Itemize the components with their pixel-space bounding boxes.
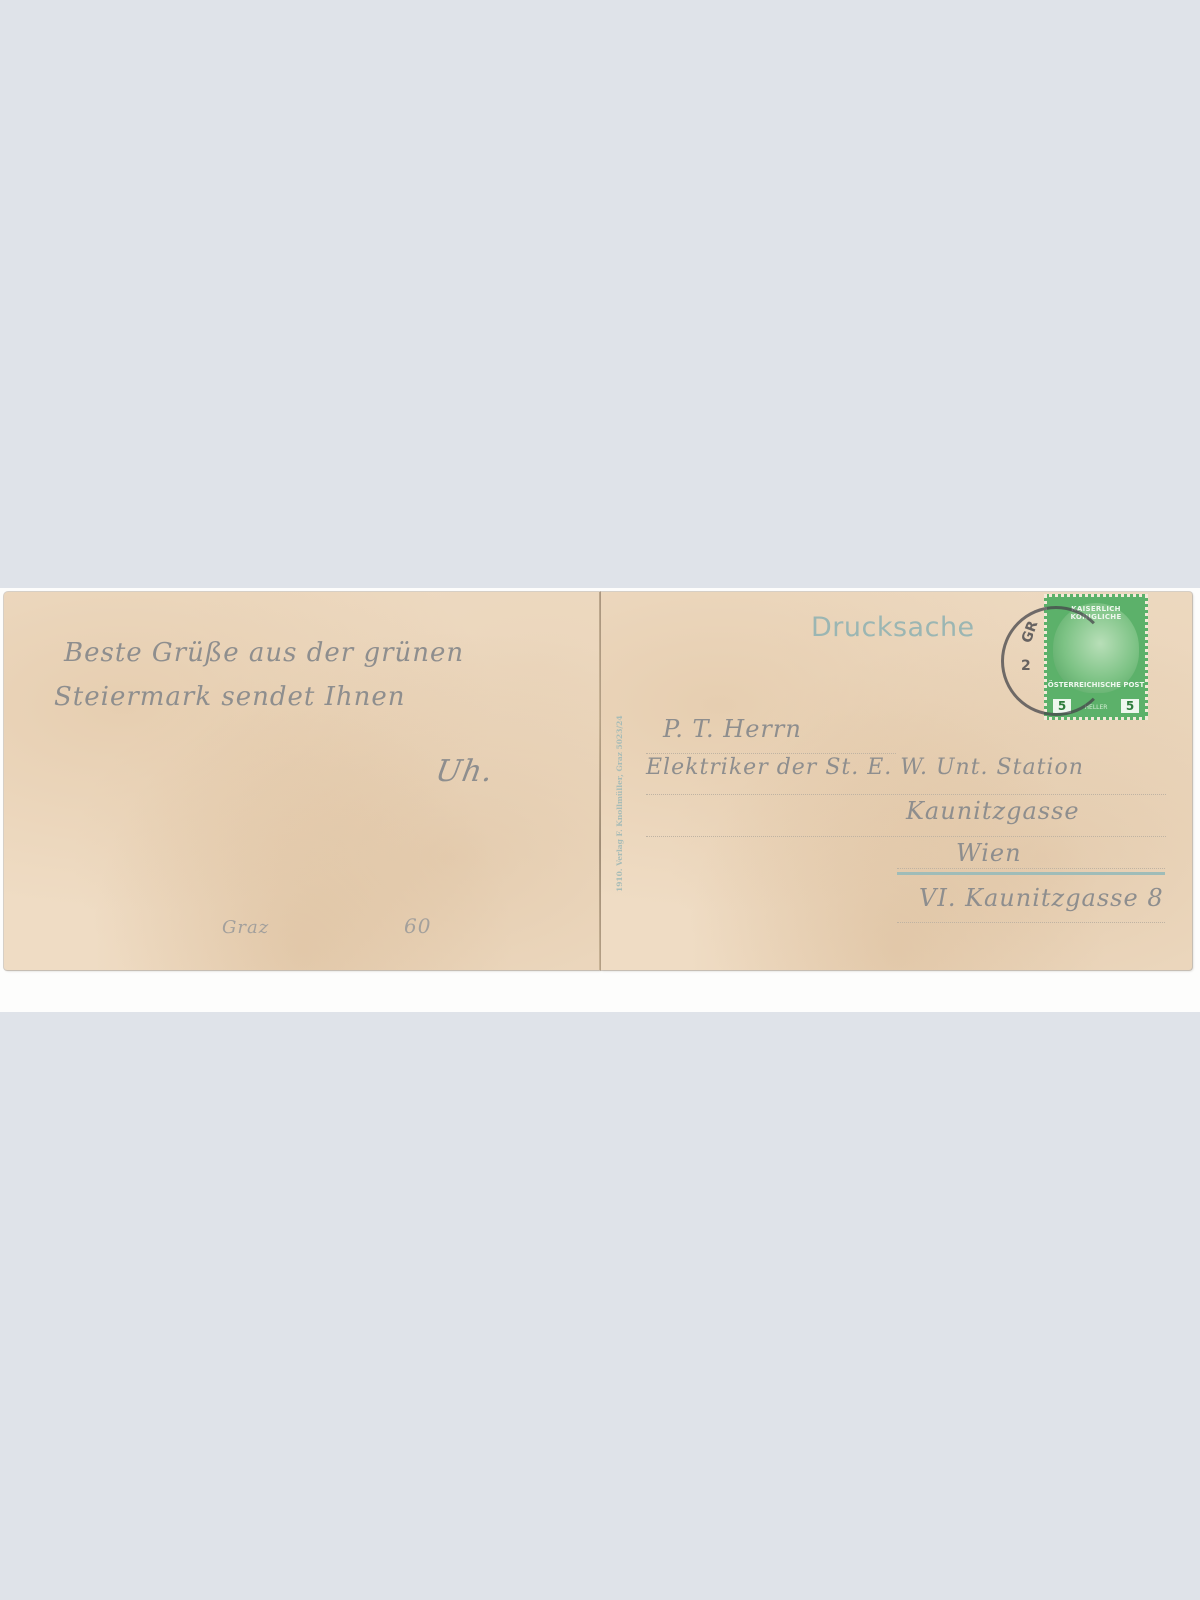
address-line-1: P. T. Herrn	[663, 715, 802, 743]
postcard-left-panel: Beste Grüße aus der grünen Steiermark se…	[4, 592, 600, 970]
message-line-2: Steiermark sendet Ihnen	[54, 682, 406, 712]
postmark-circle	[1001, 606, 1111, 716]
address-rule-3	[646, 836, 1166, 837]
address-line-3: Kaunitzgasse	[906, 797, 1080, 825]
signature: Uh.	[433, 754, 496, 789]
postcard-right-panel: 1910. Verlag F. Knollmüller, Graz 5023/2…	[601, 592, 1192, 970]
pencil-note-price: 60	[404, 914, 431, 938]
address-rule-2	[646, 794, 1166, 795]
message-line-1: Beste Grüße aus der grünen	[64, 638, 464, 668]
address-line-4: Wien	[956, 839, 1022, 867]
pencil-note-city: Graz	[222, 917, 269, 938]
publisher-imprint: 1910. Verlag F. Knollmüller, Graz 5023/2…	[615, 715, 624, 892]
address-rule-5	[897, 922, 1165, 923]
destination-underline	[897, 872, 1165, 875]
address-line-5: VI. Kaunitzgasse 8	[919, 884, 1164, 912]
drucksache-header: Drucksache	[811, 612, 975, 643]
address-rule-1	[646, 753, 896, 754]
stamp-value-right: 5	[1121, 699, 1139, 713]
address-line-2: Elektriker der St. E. W. Unt. Station	[646, 755, 1084, 780]
address-rule-4	[897, 868, 1165, 869]
postcard-scan: Beste Grüße aus der grünen Steiermark se…	[0, 588, 1200, 1012]
postmark-date: 2	[1021, 658, 1031, 674]
